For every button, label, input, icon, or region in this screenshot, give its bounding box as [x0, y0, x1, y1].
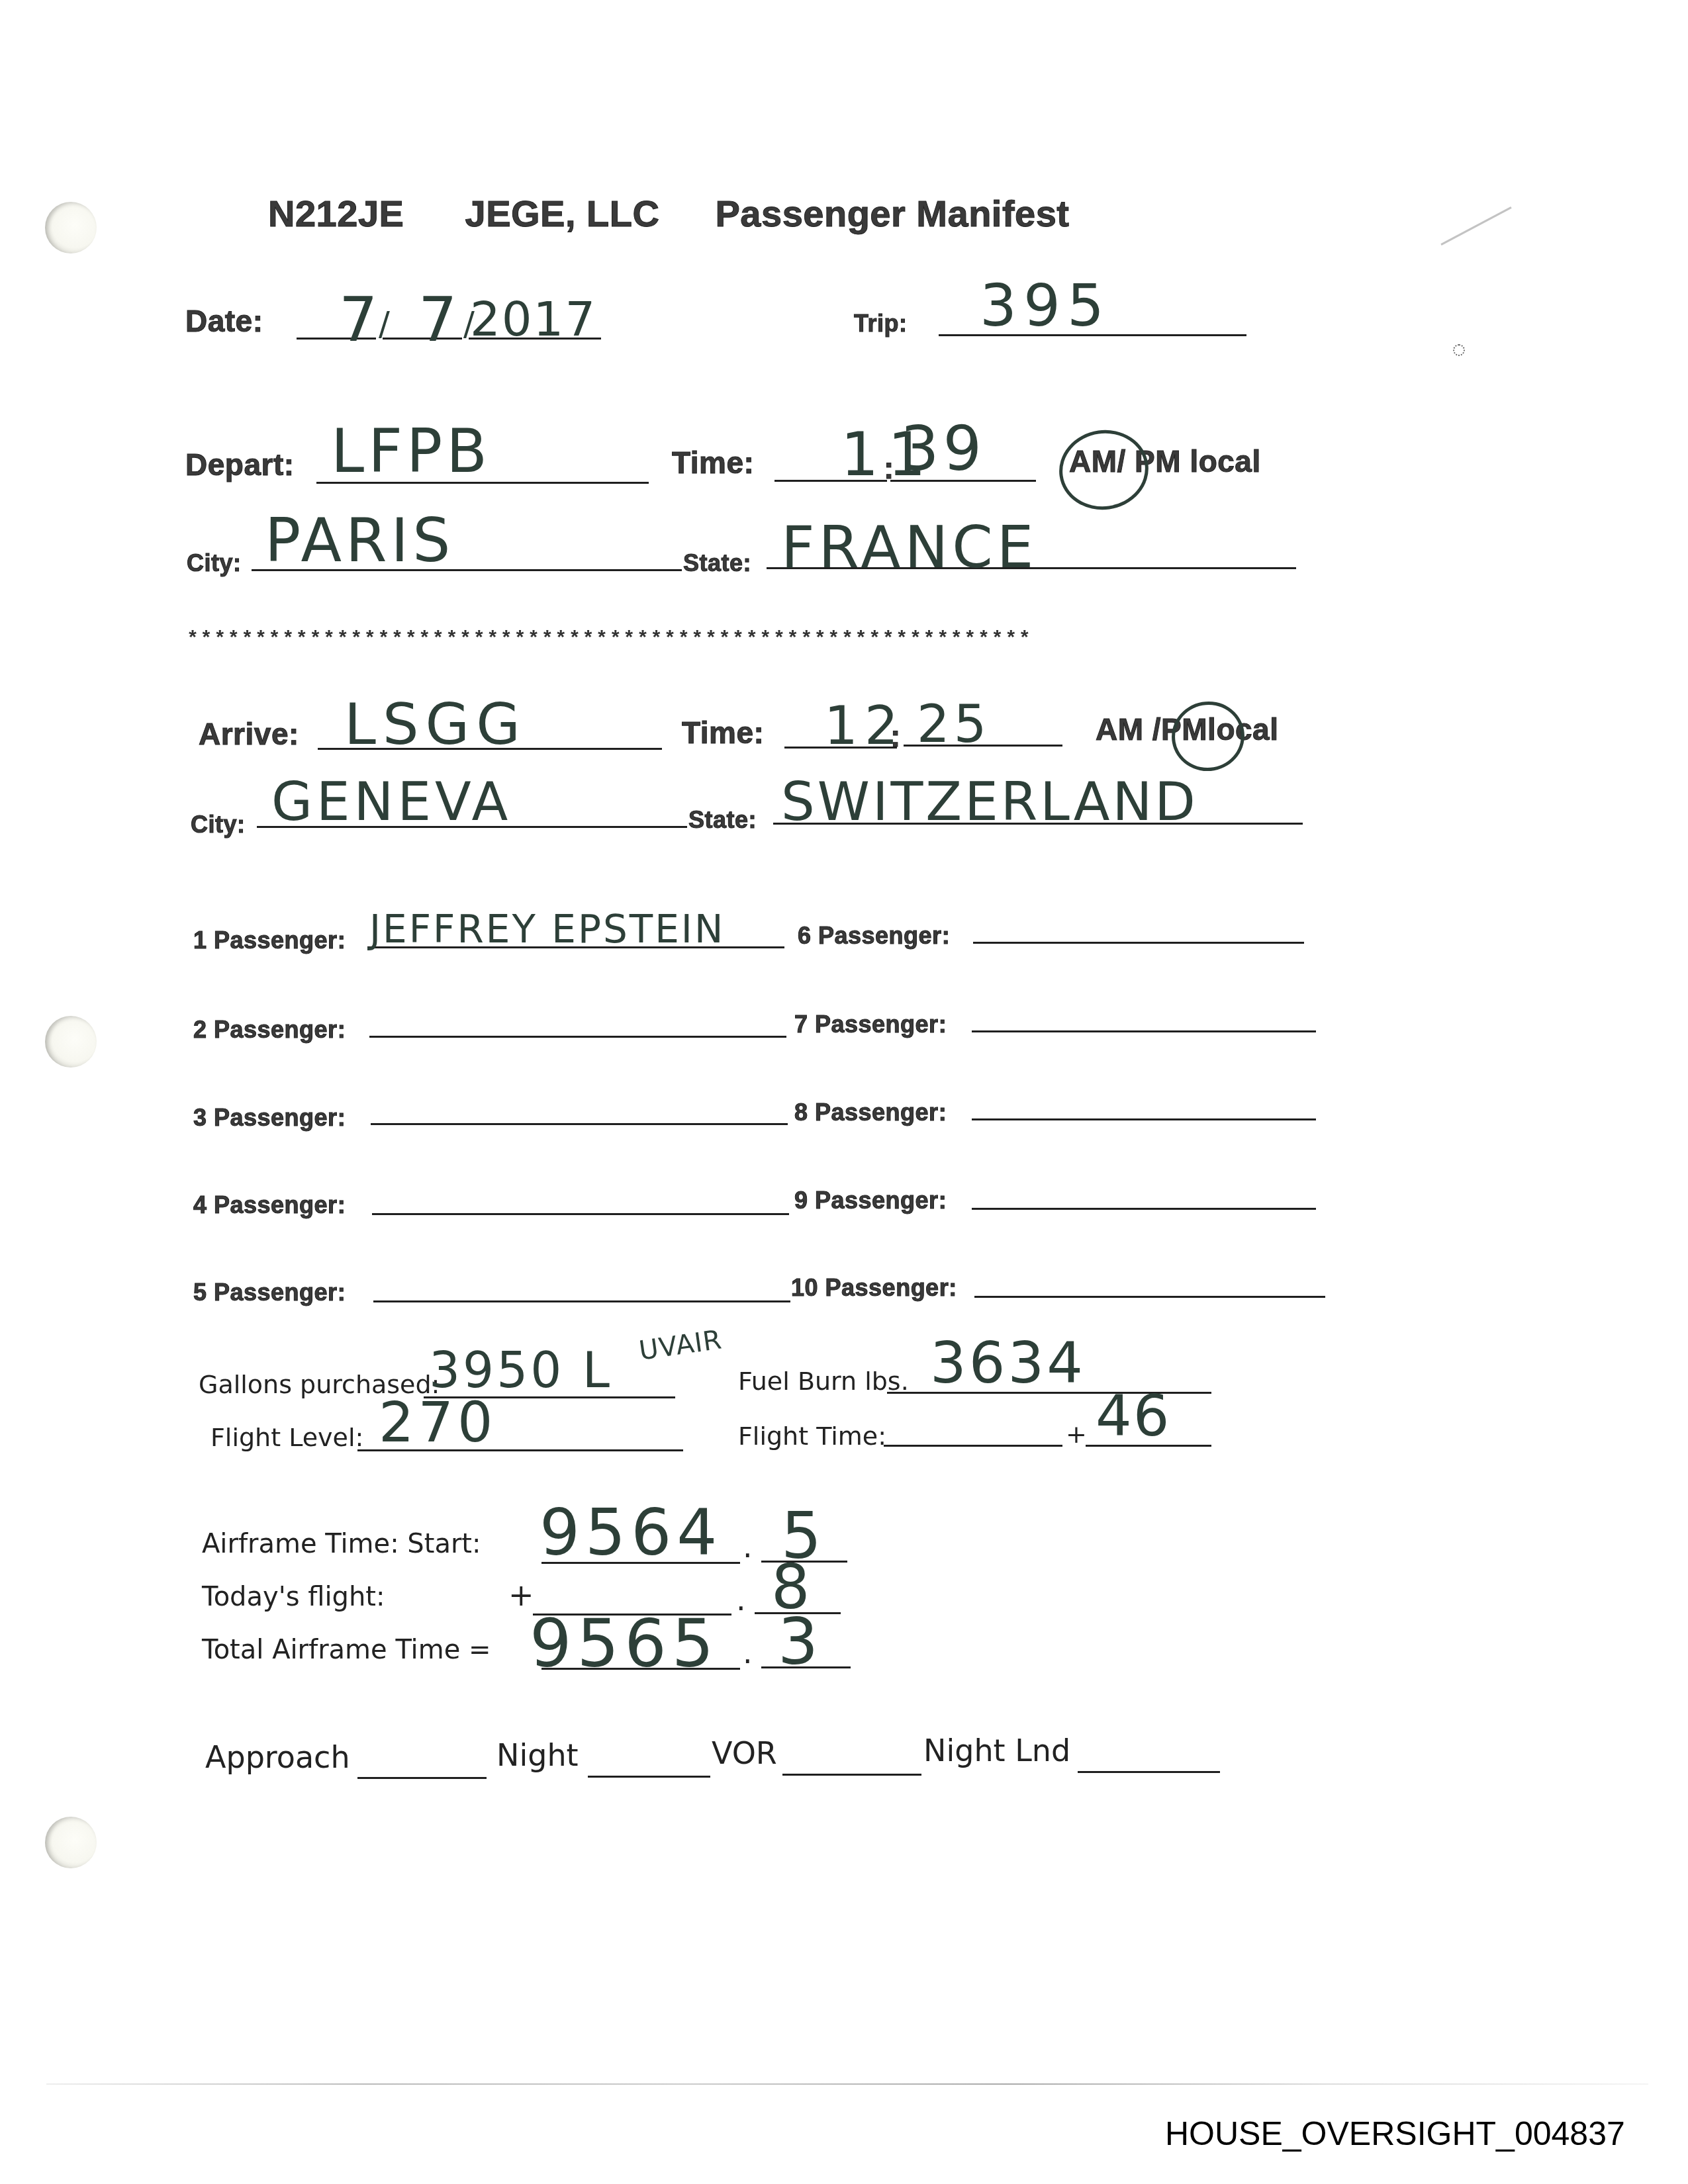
arrive-city-label: City:	[191, 811, 246, 839]
airframe-start-decimal: .	[743, 1529, 753, 1565]
flight-level-field[interactable]: 270	[379, 1390, 496, 1455]
night-landing-line	[1078, 1771, 1220, 1773]
airframe-start-label: Airframe Time: Start:	[202, 1529, 481, 1559]
total-airframe-label: Total Airframe Time =	[202, 1635, 491, 1665]
flight-time-label: Flight Time:	[738, 1422, 886, 1451]
passenger-7-label: 7 Passenger:	[794, 1011, 947, 1038]
passenger-10-line	[974, 1296, 1325, 1298]
passenger-8-label: 8 Passenger:	[794, 1099, 947, 1126]
fuel-burn-label: Fuel Burn lbs.	[738, 1367, 909, 1396]
depart-label: Depart:	[185, 447, 295, 482]
passenger-6-label: 6 Passenger:	[798, 922, 950, 950]
total-airframe-whole-field[interactable]: 9565	[530, 1605, 720, 1682]
passenger-1-label: 1 Passenger:	[193, 927, 346, 954]
passenger-3-line	[371, 1123, 788, 1125]
trip-label: Trip:	[854, 310, 908, 338]
passenger-3-label: 3 Passenger:	[193, 1104, 346, 1132]
depart-state-field[interactable]: FRANCE	[781, 513, 1037, 581]
passenger-7-line	[972, 1030, 1316, 1032]
arrive-state-field[interactable]: SWITZERLAND	[781, 771, 1198, 833]
date-label: Date:	[185, 303, 263, 339]
passenger-4-line	[372, 1213, 789, 1215]
arrive-label: Arrive:	[199, 716, 299, 752]
company-name: JEGE, LLC	[465, 193, 660, 234]
manifest-header: N212JE JEGE, LLC Passenger Manifest	[268, 192, 1070, 235]
today-flight-label: Today's flight:	[202, 1582, 385, 1612]
depart-time-label: Time:	[672, 445, 754, 480]
date-month-field[interactable]: 7	[339, 285, 382, 355]
passenger-5-line	[373, 1300, 790, 1302]
depart-airport-field[interactable]: LFPB	[331, 417, 491, 486]
page-title: Passenger Manifest	[716, 193, 1070, 234]
flight-time-plus: +	[1066, 1420, 1087, 1449]
depart-state-label: State:	[683, 549, 751, 577]
passenger-4-label: 4 Passenger:	[193, 1191, 346, 1219]
night-line	[588, 1776, 710, 1778]
vor-label: VOR	[712, 1735, 777, 1771]
binder-hole-middle	[45, 1016, 97, 1068]
fuel-burn-field[interactable]: 3634	[930, 1330, 1086, 1396]
arrive-airport-field[interactable]: LSGG	[344, 692, 527, 758]
binder-hole-top	[45, 202, 97, 253]
airframe-start-whole-field[interactable]: 9564	[539, 1496, 722, 1570]
today-flight-decimal: .	[736, 1582, 746, 1617]
depart-city-label: City:	[187, 549, 242, 577]
arrive-pm-circle	[1166, 696, 1250, 777]
passenger-1-field[interactable]: JEFFREY EPSTEIN	[369, 907, 725, 952]
section-divider: ****************************************…	[187, 629, 1032, 651]
date-day-field[interactable]: 7	[418, 285, 461, 355]
total-airframe-tenths-field[interactable]: 3	[778, 1605, 822, 1679]
depart-am-circle	[1054, 424, 1153, 516]
date-year-field[interactable]: 2017	[470, 291, 596, 347]
binder-hole-bottom	[45, 1817, 97, 1868]
approach-line	[357, 1777, 487, 1779]
scan-edge-line	[46, 2083, 1648, 2085]
passenger-2-line	[369, 1036, 786, 1038]
fuel-vendor-note: UVAIR	[637, 1324, 724, 1366]
passenger-8-line	[972, 1118, 1316, 1120]
arrive-city-field[interactable]: GENEVA	[271, 771, 512, 833]
depart-minute-field[interactable]: 39	[900, 414, 986, 484]
tail-number: N212JE	[268, 193, 404, 234]
arrive-time-colon: :	[890, 718, 901, 754]
arrive-minute-field[interactable]: 25	[917, 695, 990, 754]
date-separator-1: /	[379, 304, 394, 343]
vor-line	[782, 1774, 921, 1776]
total-airframe-decimal: .	[743, 1635, 753, 1670]
arrive-time-label: Time:	[682, 715, 764, 751]
bates-number: HOUSE_OVERSIGHT_004837	[1165, 2115, 1625, 2153]
night-landing-label: Night Lnd	[923, 1733, 1070, 1768]
passenger-9-line	[972, 1208, 1316, 1210]
passenger-9-label: 9 Passenger:	[794, 1187, 947, 1214]
scan-speck	[1453, 344, 1465, 356]
scan-smudge	[1440, 206, 1511, 246]
flight-level-label: Flight Level:	[211, 1423, 363, 1452]
depart-local-label: local	[1190, 444, 1260, 478]
passenger-5-label: 5 Passenger:	[193, 1279, 346, 1306]
trip-number-field[interactable]: 395	[980, 271, 1111, 340]
flight-time-hours-line	[884, 1445, 1062, 1447]
night-label: Night	[496, 1737, 579, 1773]
depart-city-field[interactable]: PARIS	[265, 506, 454, 576]
arrive-state-label: State:	[688, 806, 757, 834]
flight-time-minutes-field[interactable]: 46	[1096, 1383, 1170, 1449]
arrive-am-option[interactable]: AM	[1096, 712, 1144, 747]
depart-time-colon: :	[884, 450, 894, 486]
passenger-2-label: 2 Passenger:	[193, 1016, 346, 1044]
passenger-6-line	[973, 942, 1304, 944]
passenger-10-label: 10 Passenger:	[791, 1274, 957, 1302]
approach-label: Approach	[205, 1739, 350, 1775]
